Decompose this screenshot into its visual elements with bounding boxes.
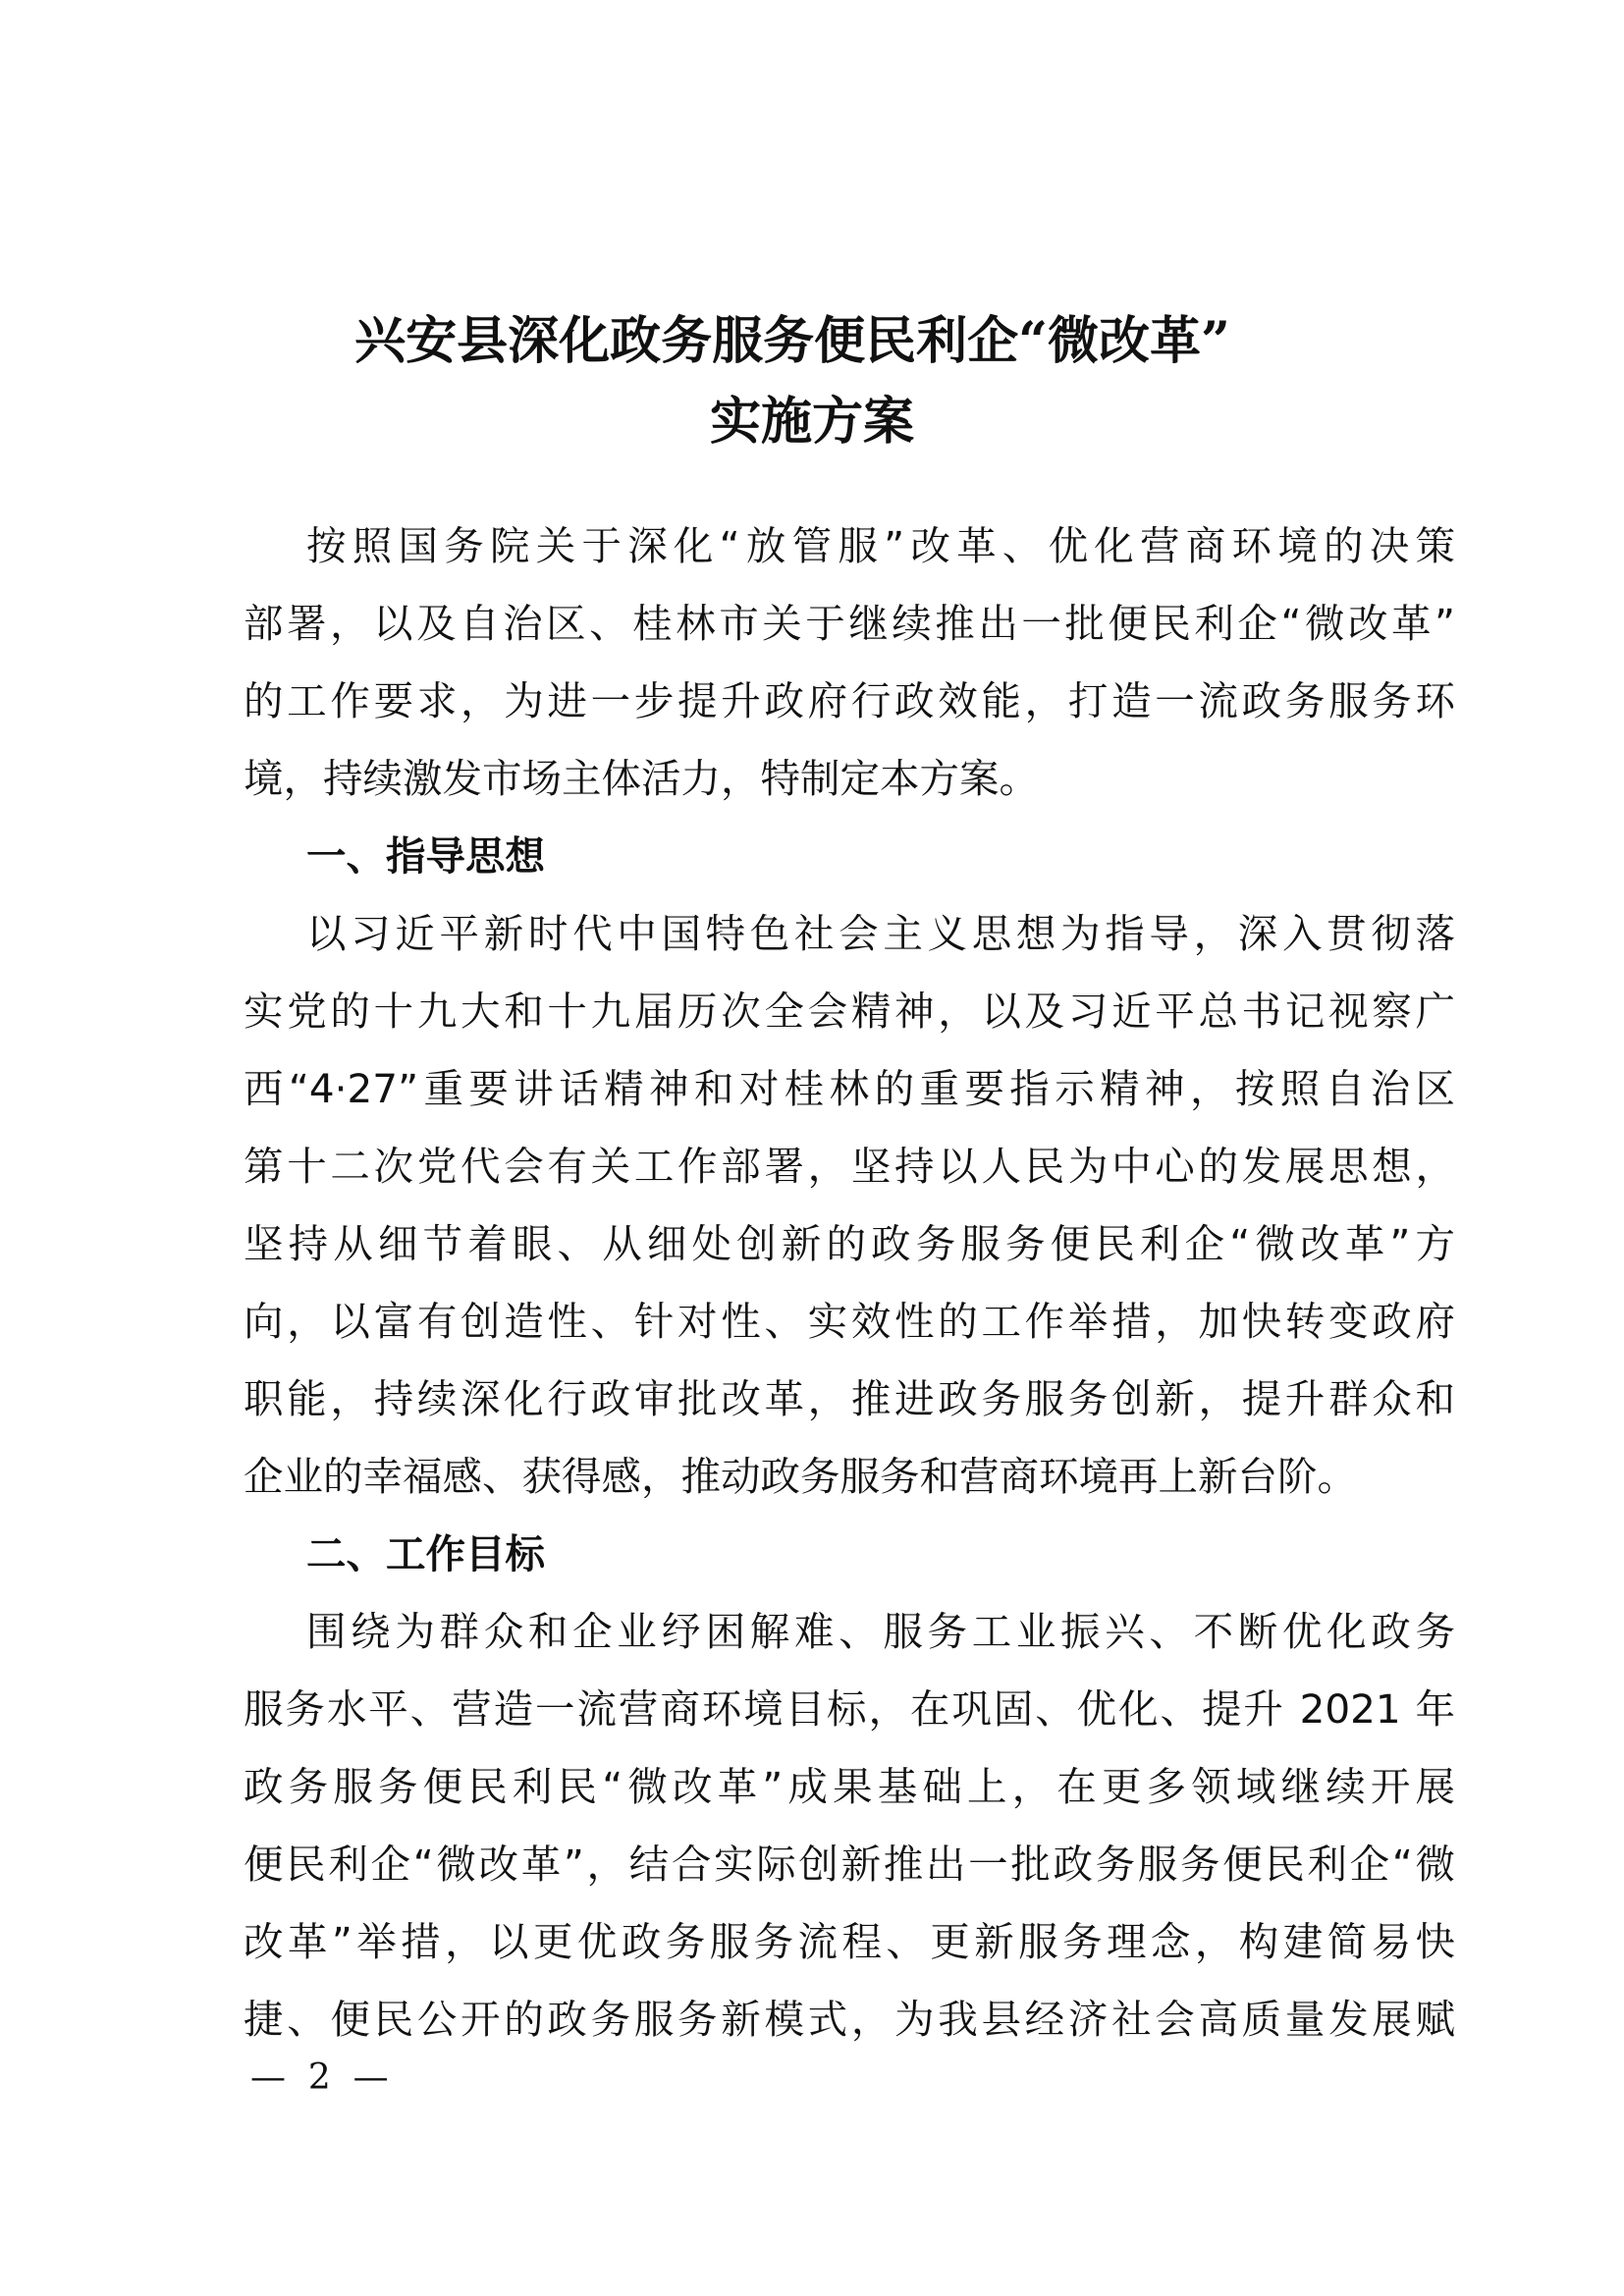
section-1-paragraph-line: 第十二次党代会有关工作部署，坚持以人民为中心的发展思想，	[244, 1139, 1455, 1194]
section-heading-guiding-ideology: 一、指导思想	[306, 828, 545, 883]
section-1-paragraph-line: 以习近平新时代中国特色社会主义思想为指导，深入贯彻落	[306, 906, 1455, 961]
section-2-paragraph-line: 围绕为群众和企业纾困解难、服务工业振兴、不断优化政务	[306, 1604, 1455, 1659]
document-title-line-2: 实施方案	[0, 393, 1624, 452]
section-2-paragraph-line: 政务服务便民利民“微改革”成果基础上，在更多领域继续开展	[244, 1759, 1455, 1814]
section-2-paragraph-line: 服务水平、营造一流营商环境目标，在巩固、优化、提升 2021 年	[244, 1682, 1455, 1736]
section-1-paragraph-line: 西“4·27”重要讲话精神和对桂林的重要指示精神，按照自治区	[244, 1061, 1455, 1116]
document-title-line-1: 兴安县深化政务服务便民利企“微改革”	[0, 312, 1604, 371]
section-heading-work-objectives: 二、工作目标	[306, 1526, 545, 1581]
section-1-paragraph-line: 职能，持续深化行政审批改革，推进政务服务创新，提升群众和	[244, 1371, 1455, 1426]
intro-paragraph-line: 部署，以及自治区、桂林市关于继续推出一批便民利企“微改革”	[244, 596, 1455, 651]
section-2-paragraph-line: 便民利企“微改革”，结合实际创新推出一批政务服务便民利企“微	[244, 1837, 1455, 1892]
section-2-paragraph-line: 改革”举措，以更优政务服务流程、更新服务理念，构建简易快	[244, 1914, 1455, 1969]
section-2-paragraph-line: 捷、便民公开的政务服务新模式，为我县经济社会高质量发展赋	[244, 1992, 1455, 2047]
page-number: — 2 —	[250, 2056, 389, 2100]
intro-paragraph-line: 的工作要求，为进一步提升政府行政效能，打造一流政务服务环	[244, 673, 1455, 728]
intro-paragraph-line: 按照国务院关于深化“放管服”改革、优化营商环境的决策	[306, 518, 1455, 573]
document-page: 兴安县深化政务服务便民利企“微改革” 实施方案 按照国务院关于深化“放管服”改革…	[0, 0, 1624, 2296]
intro-paragraph-line: 境，持续激发市场主体活力，特制定本方案。	[244, 751, 1455, 806]
section-1-paragraph-line: 向，以富有创造性、针对性、实效性的工作举措，加快转变政府	[244, 1294, 1455, 1349]
section-1-paragraph-line: 企业的幸福感、获得感，推动政务服务和营商环境再上新台阶。	[244, 1449, 1455, 1504]
section-1-paragraph-line: 实党的十九大和十九届历次全会精神，以及习近平总书记视察广	[244, 984, 1455, 1039]
section-1-paragraph-line: 坚持从细节着眼、从细处创新的政务服务便民利企“微改革”方	[244, 1216, 1455, 1271]
